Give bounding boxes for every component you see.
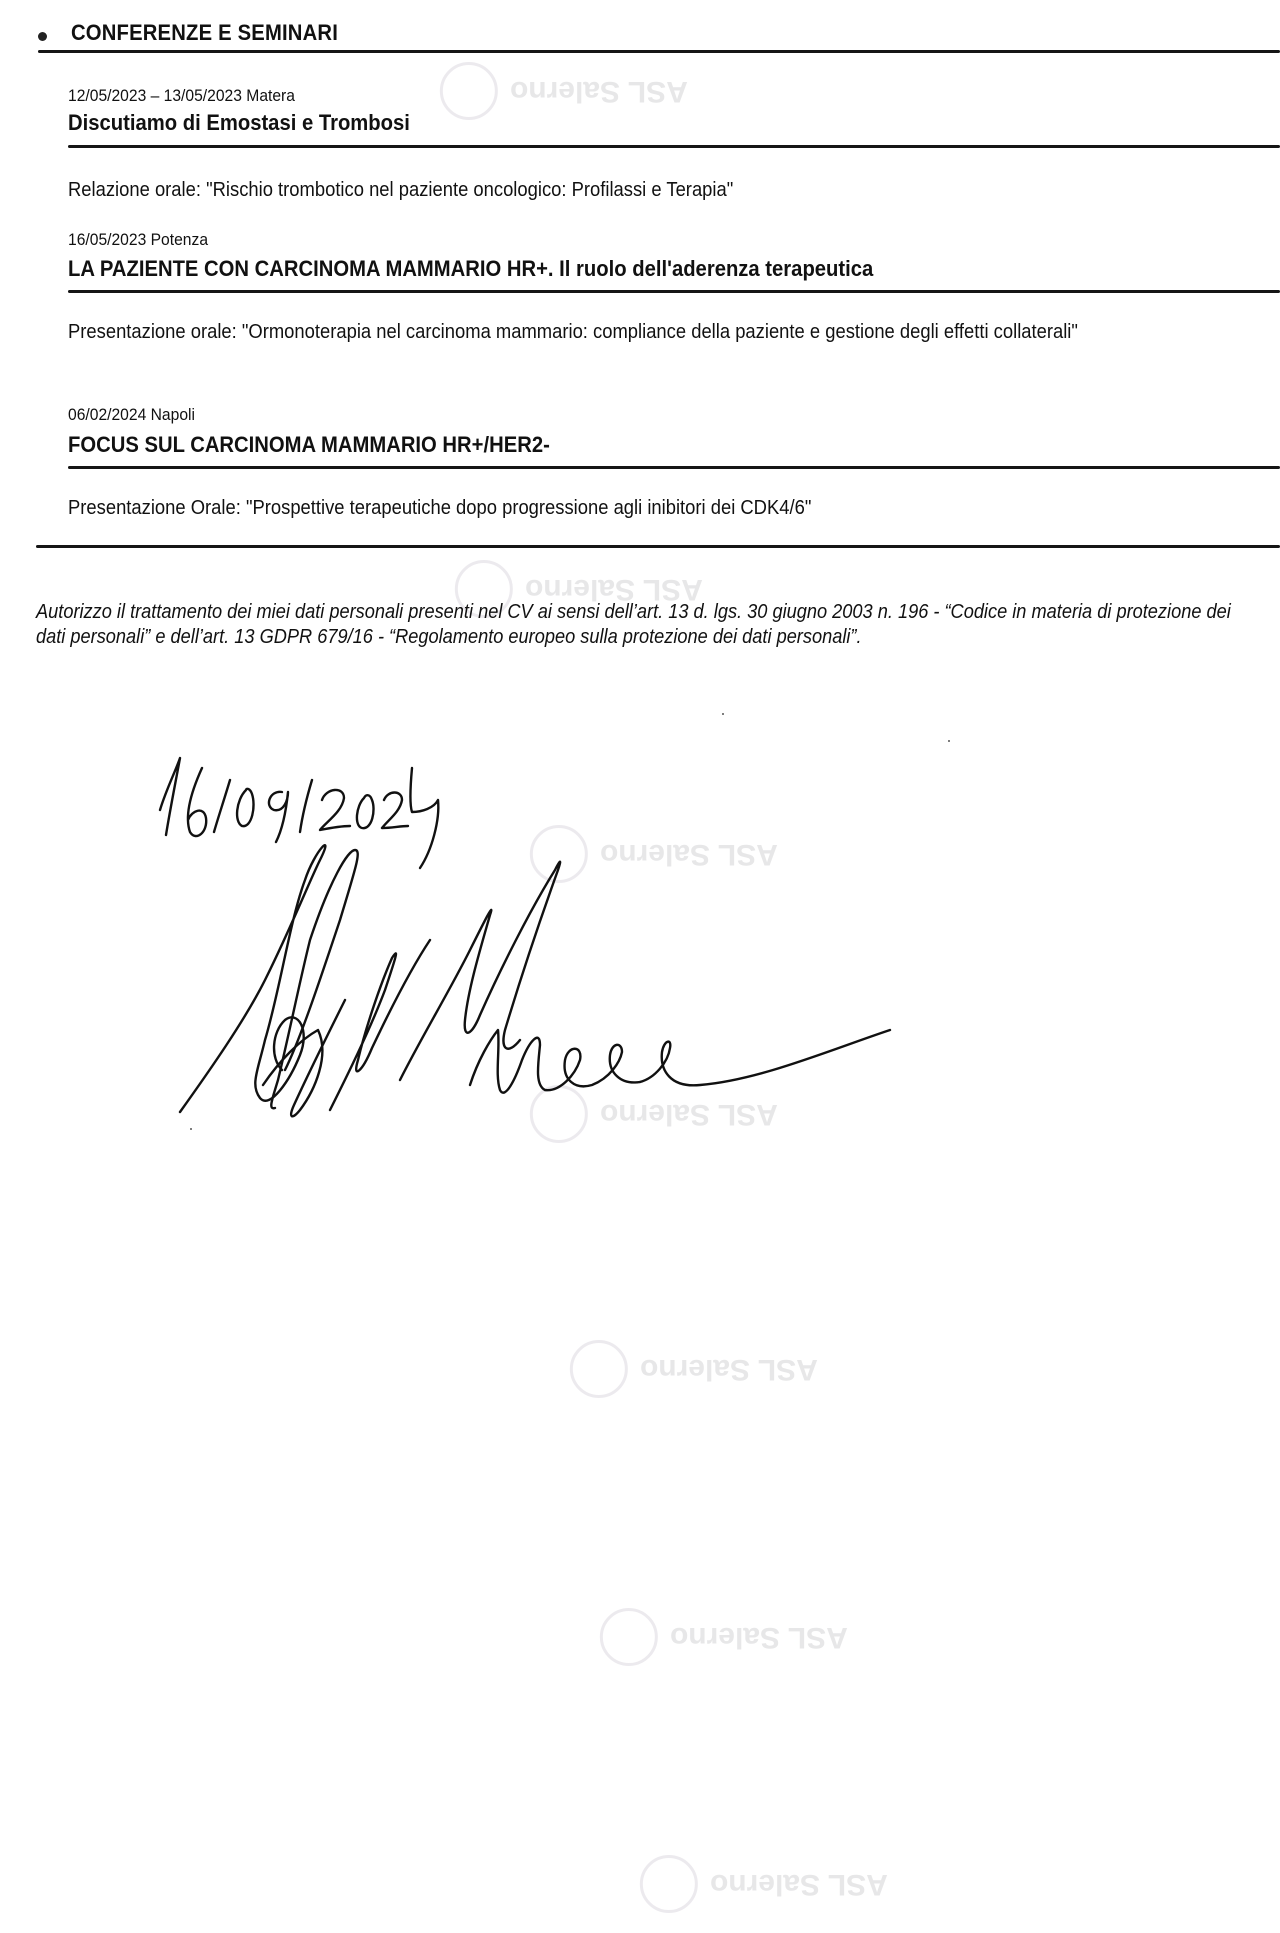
bullet-dot-icon	[38, 32, 47, 41]
entry-description: Presentazione Orale: "Prospettive terape…	[68, 496, 1255, 520]
entry-title: Discutiamo di Emostasi e Trombosi	[68, 110, 410, 136]
section-rule	[38, 50, 1280, 53]
stamp-text: ASL Salerno	[710, 1867, 888, 1901]
speck	[722, 713, 724, 715]
section-end-rule	[36, 545, 1280, 548]
entry-rule	[68, 466, 1280, 469]
stamp-watermark: ASL Salerno	[640, 1855, 888, 1913]
speck	[190, 1128, 192, 1130]
stamp-watermark: ASL Salerno	[440, 62, 688, 120]
entry-title: LA PAZIENTE CON CARCINOMA MAMMARIO HR+. …	[68, 256, 873, 282]
stamp-text: ASL Salerno	[670, 1620, 848, 1654]
speck	[948, 740, 950, 742]
stamp-text: ASL Salerno	[510, 74, 688, 108]
handwritten-date	[160, 758, 438, 868]
stamp-logo-icon	[600, 1608, 658, 1666]
entry-description: Presentazione orale: "Ormonoterapia nel …	[68, 320, 1255, 344]
stamp-watermark: ASL Salerno	[600, 1608, 848, 1666]
stamp-text: ASL Salerno	[640, 1352, 818, 1386]
stamp-watermark: ASL Salerno	[530, 1085, 778, 1143]
stamp-text: ASL Salerno	[600, 1097, 778, 1131]
handwritten-signature	[180, 845, 890, 1116]
stamp-text: ASL Salerno	[600, 837, 778, 871]
entry-description: Relazione orale: "Rischio trombotico nel…	[68, 178, 1255, 202]
stamp-watermark: ASL Salerno	[530, 825, 778, 883]
stamp-logo-icon	[530, 1085, 588, 1143]
entry-rule	[68, 145, 1280, 148]
entry-date-place: 06/02/2024 Napoli	[68, 405, 195, 425]
cv-page: ASL Salerno ASL Salerno ASL Salerno ASL …	[0, 0, 1280, 1933]
stamp-logo-icon	[440, 62, 498, 120]
entry-rule	[68, 290, 1280, 293]
stamp-logo-icon	[530, 825, 588, 883]
section-header: CONFERENZE E SEMINARI	[38, 20, 361, 46]
entry-title: FOCUS SUL CARCINOMA MAMMARIO HR+/HER2-	[68, 432, 550, 458]
section-title: CONFERENZE E SEMINARI	[71, 20, 338, 46]
entry-date-place: 12/05/2023 – 13/05/2023 Matera	[68, 86, 295, 106]
stamp-watermark: ASL Salerno	[570, 1340, 818, 1398]
privacy-consent-text: Autorizzo il trattamento dei miei dati p…	[36, 600, 1246, 650]
stamp-logo-icon	[570, 1340, 628, 1398]
stamp-logo-icon	[640, 1855, 698, 1913]
entry-date-place: 16/05/2023 Potenza	[68, 230, 208, 250]
